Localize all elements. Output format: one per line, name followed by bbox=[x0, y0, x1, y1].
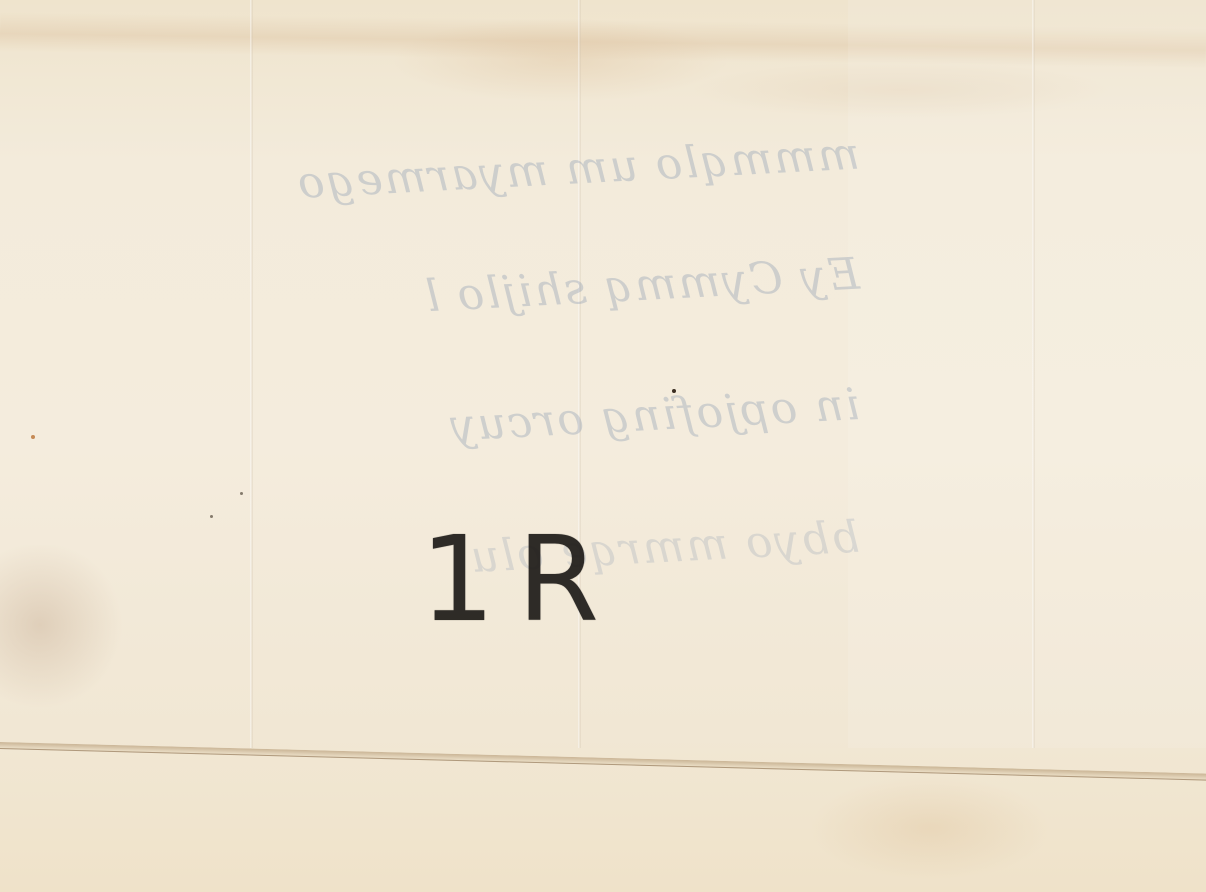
bleed-through-line: in opjofing orcuy bbox=[59, 379, 861, 472]
ink-speck bbox=[240, 492, 243, 495]
ink-speck bbox=[210, 515, 213, 518]
left-edge-stain bbox=[0, 545, 150, 745]
bleed-through-line: Ey Cymmq shijlo l bbox=[39, 249, 861, 343]
ink-speck bbox=[672, 389, 676, 393]
handstamp-1R: 1R bbox=[420, 520, 621, 638]
bleed-through-line: mmmqlo um myarmego bbox=[39, 129, 861, 223]
paper-sheet: mmmqlo um myarmego Ey Cymmq shijlo l in … bbox=[0, 0, 1206, 892]
right-panel-shade bbox=[848, 0, 1206, 780]
rust-speck bbox=[31, 435, 35, 439]
